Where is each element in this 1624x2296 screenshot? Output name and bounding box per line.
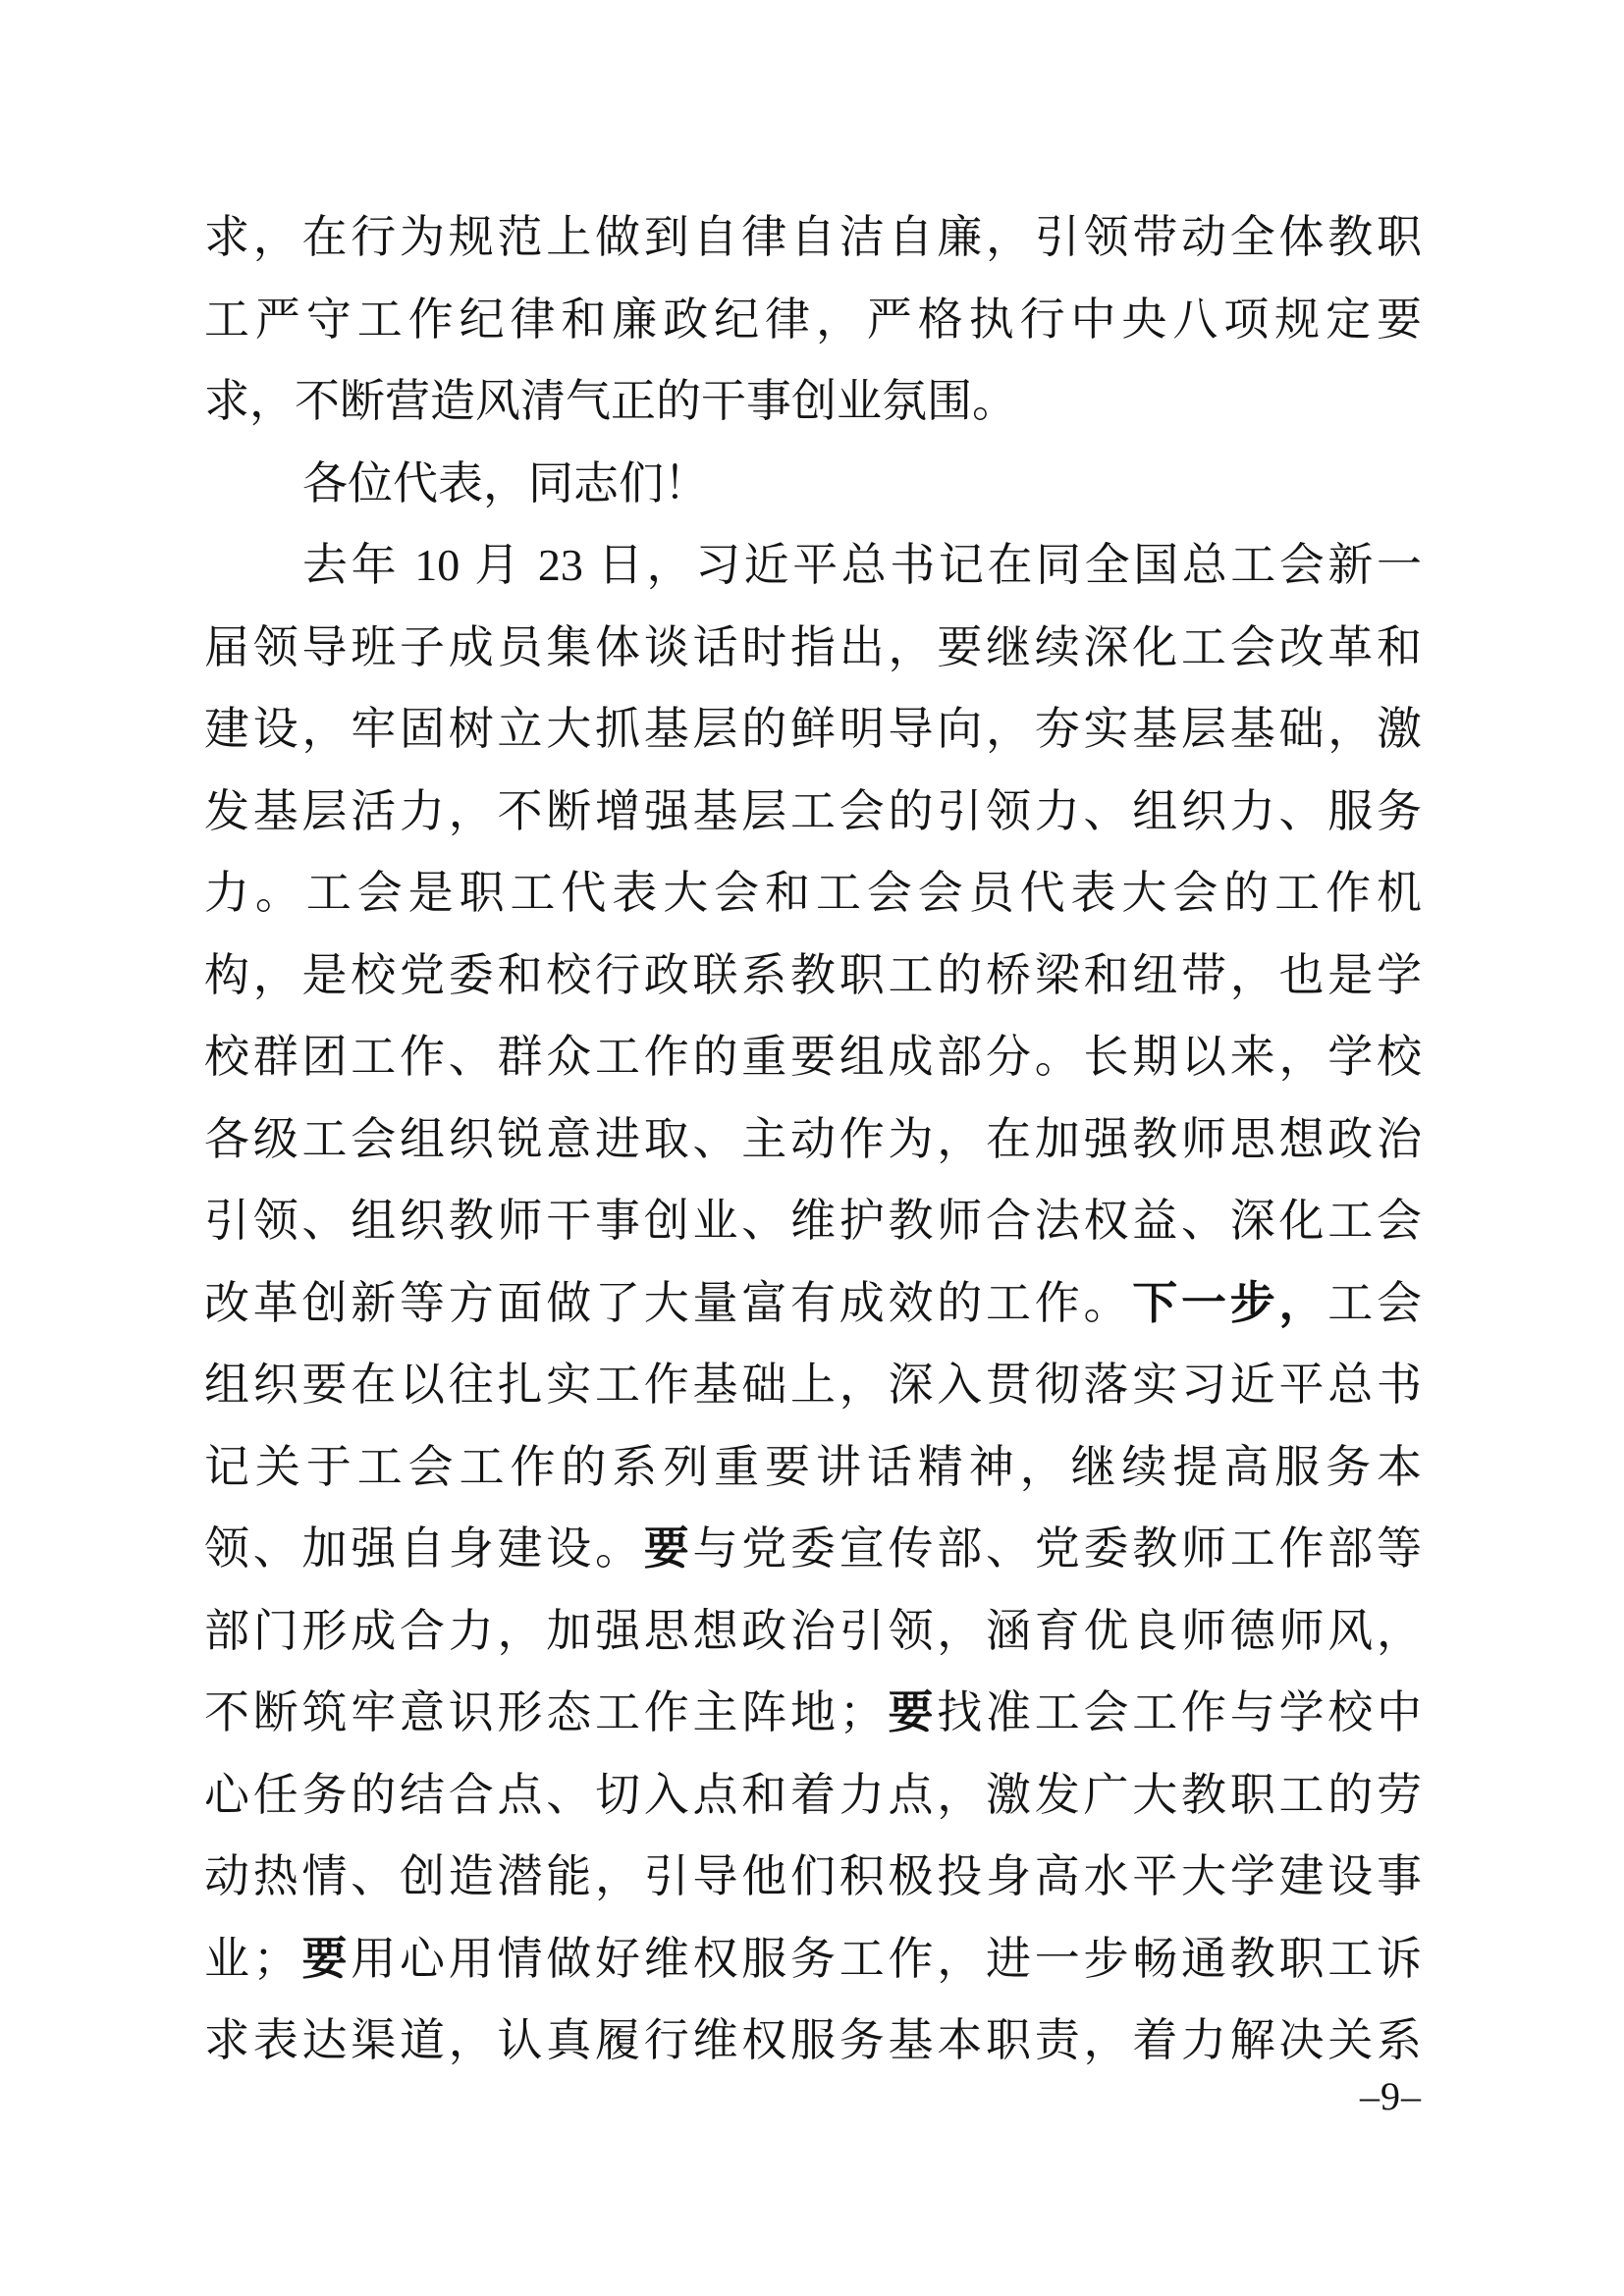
text-line: 构，是校党委和校行政联系教职工的桥梁和纽带，也是学 <box>204 934 1422 1017</box>
document-page: 求，在行为规范上做到自律自洁自廉，引领带动全体教职 工严守工作纪律和廉政纪律，严… <box>0 0 1624 2296</box>
text-segment: 动热情、创造潜能，引导他们积极投身高水平大学建设事 <box>204 1851 1422 1901</box>
text-segment: 校群团工作、群众工作的重要组成部分。长期以来，学校 <box>204 1032 1422 1082</box>
text-segment: 发基层活力，不断增强基层工会的引领力、组织力、服务 <box>204 786 1422 836</box>
text-segment: 部门形成合力，加强思想政治引领，涵育优良师德师风， <box>204 1606 1422 1656</box>
text-line: 组织要在以往扎实工作基础上，深入贯彻落实习近平总书 <box>204 1344 1422 1426</box>
text-line: 发基层活力，不断增强基层工会的引领力、组织力、服务 <box>204 771 1422 853</box>
text-segment: 领、加强自身建设。 <box>204 1523 644 1574</box>
text-line: 求，在行为规范上做到自律自洁自廉，引领带动全体教职 <box>204 196 1422 279</box>
text-segment: 力。工会是职工代表大会和工会会员代表大会的工作机 <box>204 868 1422 918</box>
text-block: 求，在行为规范上做到自律自洁自廉，引领带动全体教职 工严守工作纪律和廉政纪律，严… <box>204 196 1422 2082</box>
text-segment: 工严守工作纪律和廉政纪律，严格执行中央八项规定要 <box>204 294 1422 345</box>
text-segment: 改革创新等方面做了大量富有成效的工作。 <box>204 1278 1132 1328</box>
text-line: 业；要用心用情做好维权服务工作，进一步畅通教职工诉 <box>204 1918 1422 2001</box>
text-segment: 构，是校党委和校行政联系教职工的桥梁和纽带，也是学 <box>204 950 1422 1000</box>
text-line: 各级工会组织锐意进取、主动作为，在加强教师思想政治 <box>204 1098 1422 1181</box>
text-segment: 引领、组织教师干事创业、维护教师合法权益、深化工会 <box>204 1196 1422 1246</box>
text-line: 改革创新等方面做了大量富有成效的工作。下一步，工会 <box>204 1262 1422 1345</box>
text-segment: 不断筑牢意识形态工作主阵地； <box>204 1687 885 1737</box>
text-line: 求，不断营造风清气正的干事创业氛围。 <box>204 360 1422 443</box>
text-segment: 心任务的结合点、切入点和着力点，激发广大教职工的劳 <box>204 1770 1422 1820</box>
text-segment: 求表达渠道，认真履行维权服务基本职责，着力解决关系 <box>204 2015 1422 2065</box>
text-line: 力。工会是职工代表大会和工会会员代表大会的工作机 <box>204 852 1422 934</box>
text-line: 校群团工作、群众工作的重要组成部分。长期以来，学校 <box>204 1016 1422 1098</box>
text-line: 领、加强自身建设。要与党委宣传部、党委教师工作部等 <box>204 1508 1422 1590</box>
text-segment: 各级工会组织锐意进取、主动作为，在加强教师思想政治 <box>204 1114 1422 1164</box>
text-line: 工严守工作纪律和廉政纪律，严格执行中央八项规定要 <box>204 279 1422 361</box>
text-segment: 建设，牢固树立大抓基层的鲜明导向，夯实基层基础，激 <box>204 704 1422 754</box>
page-number: –9– <box>1360 2073 1422 2120</box>
text-segment: 组织要在以往扎实工作基础上，深入贯彻落实习近平总书 <box>204 1360 1422 1410</box>
text-segment: 工会 <box>1327 1278 1422 1328</box>
text-segment-bold: 下一步， <box>1132 1277 1327 1328</box>
text-line: 求表达渠道，认真履行维权服务基本职责，着力解决关系 <box>204 2000 1422 2082</box>
text-segment: 找准工会工作与学校中 <box>937 1687 1422 1737</box>
text-segment: 用心用情做好维权服务工作，进一步畅通教职工诉 <box>351 1934 1422 1984</box>
text-line: 引领、组织教师干事创业、维护教师合法权益、深化工会 <box>204 1180 1422 1262</box>
text-line: 部门形成合力，加强思想政治引领，涵育优良师德师风， <box>204 1590 1422 1673</box>
text-segment: 各位代表，同志们！ <box>302 458 709 508</box>
text-segment: 业； <box>204 1934 298 1984</box>
text-segment: 求，在行为规范上做到自律自洁自廉，引领带动全体教职 <box>204 212 1422 262</box>
text-line: 心任务的结合点、切入点和着力点，激发广大教职工的劳 <box>204 1754 1422 1837</box>
text-line: 动热情、创造潜能，引导他们积极投身高水平大学建设事 <box>204 1836 1422 1918</box>
text-segment-bold: 要 <box>885 1686 938 1737</box>
text-segment: 去年 10 月 23 日，习近平总书记在同全国总工会新一 <box>302 540 1422 590</box>
text-segment: 记关于工会工作的系列重要讲话精神，继续提高服务本 <box>204 1442 1422 1492</box>
text-segment-bold: 要 <box>644 1522 693 1574</box>
text-segment: 届领导班子成员集体谈话时指出，要继续深化工会改革和 <box>204 622 1422 672</box>
text-line: 去年 10 月 23 日，习近平总书记在同全国总工会新一 <box>204 524 1422 607</box>
text-segment: 与党委宣传部、党委教师工作部等 <box>693 1523 1423 1574</box>
text-segment-bold: 要 <box>298 1933 352 1984</box>
text-segment: 求，不断营造风清气正的干事创业氛围。 <box>204 376 1017 426</box>
text-line: 建设，牢固树立大抓基层的鲜明导向，夯实基层基础，激 <box>204 688 1422 771</box>
text-line: 不断筑牢意识形态工作主阵地；要找准工会工作与学校中 <box>204 1672 1422 1754</box>
text-line: 各位代表，同志们！ <box>204 443 1422 525</box>
text-line: 记关于工会工作的系列重要讲话精神，继续提高服务本 <box>204 1426 1422 1509</box>
text-line: 届领导班子成员集体谈话时指出，要继续深化工会改革和 <box>204 607 1422 689</box>
